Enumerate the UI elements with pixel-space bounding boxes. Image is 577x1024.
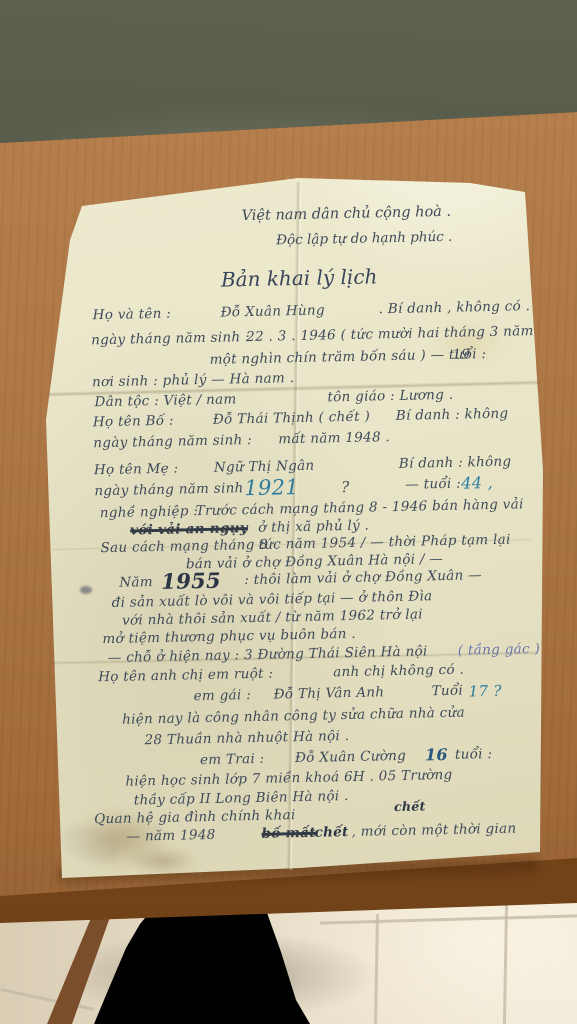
handwriting-segment: 1955 [161,570,221,592]
handwriting-segment: tôn giáo : Lương . [327,389,453,405]
handwriting-segment: ngày tháng năm sinh : [93,434,252,451]
handwriting-segment: Tuổi [431,685,463,699]
handwriting-segment: Đỗ Thị Vân Anh [274,686,385,702]
handwriting-segment: Sau cách mạng tháng 8 [100,539,268,556]
handwriting-segment: — năm 1948 [126,829,215,844]
handwriting-segment: , mới còn một thời gian [351,823,516,840]
handwriting-segment: 44 , [461,475,493,492]
handwriting-segment: anh chị không có . [333,664,464,680]
national-motto-line2: Độc lập tự do hạnh phúc . [276,229,453,249]
handwriting-segment: . Bí danh , không có . [378,300,530,317]
handwriting-segment: nơi sinh : phủ lý — Hà nam . [92,372,294,390]
handwriting-segment: Quan hệ gia đình chính khai [94,809,296,827]
handwriting-segment: ( tầng gác ) [458,643,541,658]
handwriting-segment: — tuổi : [405,478,461,493]
handwriting-segment: ? [341,480,350,495]
handwriting-segment: chết [394,800,426,813]
handwriting-segment: Ngữ Thị Ngân [214,460,315,476]
handwriting-segment: thầy cấp II Long Biên Hà nội . [134,790,349,808]
handwriting-segment: Năm [119,576,153,590]
handwriting-segment: 17 ? [468,684,501,700]
handwriting-segment: bố mất [261,827,315,842]
handwriting-segment: Đỗ Xuân Hùng [221,304,325,320]
handwriting-segment: với vải an ngụy [130,522,248,538]
document-title: Bản khai lý lịch [221,264,378,291]
handwriting-segment: 1921 [244,477,299,499]
handwriting-segment: 16 [425,747,448,763]
handwriting-segment: Bí danh : không [396,408,509,424]
handwriting-segment: mất năm 1948 . [278,431,390,447]
handwriting-segment: Họ và tên : [93,308,172,323]
handwriting-segment: 28 Thuần nhà nhuột Hà nội . [144,730,349,748]
handwriting-segment: Họ tên anh chị em ruột : [98,668,273,685]
national-motto-line1: Việt nam dân chủ cộng hoà . [241,204,451,224]
handwriting-segment: 22 . 3 . 1946 ( tức mười hai tháng 3 năm [246,325,534,345]
handwriting-segment: : thôi làm vải ở chợ Đồng Xuân — [244,569,482,587]
handwriting-segment: Dân tộc : Việt / nam [94,393,236,409]
handwriting-segment: ở thị xã phủ lý . [258,520,369,536]
handwriting-segment: em Trai : [200,753,265,768]
handwriting-segment: em gái : [194,689,252,704]
handwriting-segment: mở tiệm thương phục vụ buôn bán . [102,628,356,647]
photo-of-document: Việt nam dân chủ cộng hoà . Độc lập tự d… [0,0,577,1024]
handwriting-segment: tuổi : [455,748,493,762]
handwriting-segment: Đỗ Thái Thịnh ( chết ) [213,411,370,428]
handwriting-segment: Đỗ Xuân Cường [295,750,406,766]
handwriting-segment: Họ tên Mẹ : [94,463,179,478]
handwriting-segment: Bí danh : không [399,456,512,472]
handwriting-segment: Trước cách mạng tháng 8 - 1946 bán hàng … [196,498,524,518]
handwriting-segment: 19 [452,348,470,362]
handwriting-segment: ngày tháng năm sinh : [94,482,253,499]
handwriting-segment: hiện nay là công nhân công ty sửa chữa n… [122,707,465,728]
handwriting-segment: Họ tên Bố : [93,415,174,430]
handwriting-segment: chết [314,826,348,840]
handwriting-segment: nghề nghiệp : [100,505,199,521]
handwriting-segment: một nghìn chín trăm bốn sáu ) — tuổi : [210,348,487,367]
ink-layer: Việt nam dân chủ cộng hoà . Độc lập tự d… [0,0,577,1024]
handwriting-segment: hiện học sinh lớp 7 miền khoá 6H . 05 Tr… [125,769,452,789]
handwriting-segment: tức năm 1954 / — thời Pháp tạm lại [258,534,510,553]
handwriting-segment: ngày tháng năm sinh : [91,331,250,348]
handwriting-segment: với nhà thôi sản xuất / từ năm 1962 trở … [122,608,423,628]
